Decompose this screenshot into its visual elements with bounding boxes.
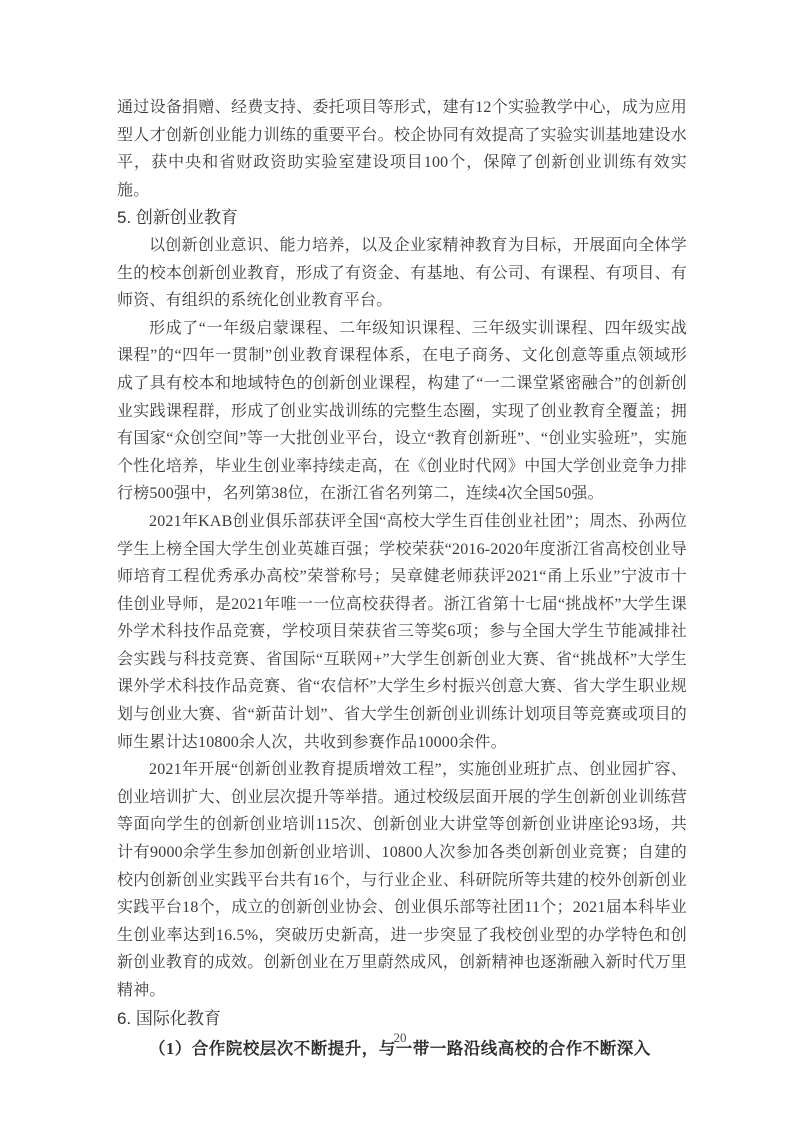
paragraph-awards: 2021年KAB创业俱乐部获评全国“高校大学生百佳创业社团”；周杰、孙两位学生上… — [117, 508, 687, 756]
paragraph-continuation: 通过设备捐赠、经费支持、委托项目等形式，建有12个实验教学中心，成为应用型人才创… — [117, 94, 687, 204]
page-number: 20 — [0, 1030, 800, 1046]
paragraph-program: 2021年开展“创新创业教育提质增效工程”，实施创业班扩点、创业园扩容、创业培训… — [117, 756, 687, 1004]
section-heading-5: 5. 创新创业教育 — [117, 204, 687, 232]
paragraph-curriculum: 形成了“一年级启蒙课程、二年级知识课程、三年级实训课程、四年级实战课程”的“四年… — [117, 315, 687, 508]
document-content: 通过设备捐赠、经费支持、委托项目等形式，建有12个实验教学中心，成为应用型人才创… — [117, 94, 687, 1063]
paragraph-goal: 以创新创业意识、能力培养，以及企业家精神教育为目标，开展面向全体学生的校本创新创… — [117, 232, 687, 315]
document-page: 通过设备捐赠、经费支持、委托项目等形式，建有12个实验教学中心，成为应用型人才创… — [0, 0, 800, 1139]
section-heading-6: 6. 国际化教育 — [117, 1005, 687, 1033]
